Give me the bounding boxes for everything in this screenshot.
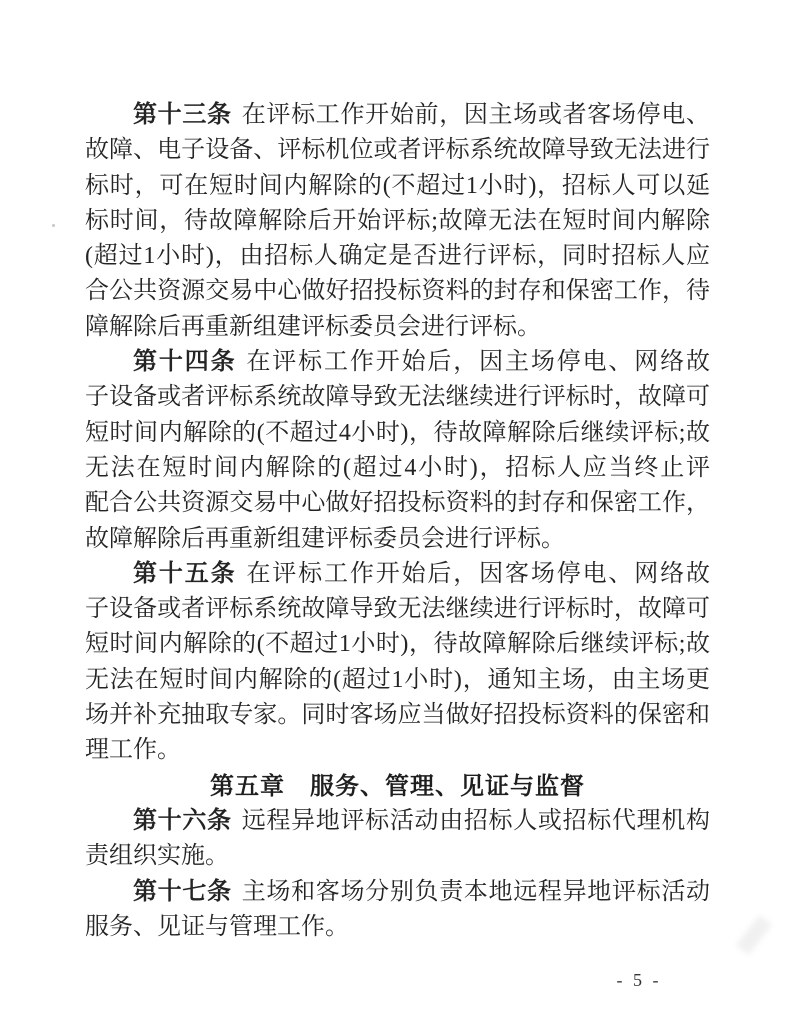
text-line: 子设备或者评标系统故障导致无法继续进行评标时，故障可在	[85, 592, 710, 627]
text-line: 第十七条主场和客场分别负责本地远程异地评标活动的	[85, 875, 710, 910]
text-line: 无法在短时间内解除的(超过1小时)，通知主场，由主场更换客	[85, 663, 710, 698]
text-line: 合公共资源交易中心做好招投标资料的封存和保密工作，待故	[85, 274, 710, 309]
text-line: 故障、电子设备、评标机位或者评标系统故障导致无法进行评	[85, 133, 710, 168]
page-number: - 5 -	[604, 970, 674, 991]
text-line: 标时，可在短时间内解除的(不超过1小时)，招标人可以延迟评	[85, 169, 710, 204]
text-line: 子设备或者评标系统故障导致无法继续进行评标时，故障可在	[85, 380, 710, 415]
article-number: 第十三条	[133, 102, 232, 128]
article-number: 第十四条	[133, 349, 236, 375]
text-line: 配合公共资源交易中心做好招投标资料的封存和保密工作，待	[85, 486, 710, 521]
text-line: 无法在短时间内解除的(超过4小时)，招标人应当终止评标，并	[85, 451, 710, 486]
text-line: 理工作。	[85, 733, 710, 768]
text-line: 第十五条在评标工作开始后，因客场停电、网络故障、电	[85, 557, 710, 592]
scan-smudge	[736, 915, 772, 955]
text-line: 短时间内解除的(不超过4小时)，待故障解除后继续评标;故障	[85, 416, 710, 451]
article-number: 第十五条	[133, 561, 236, 587]
text-line: 第十六条远程异地评标活动由招标人或招标代理机构负	[85, 804, 710, 839]
text-line: 第十四条在评标工作开始后，因主场停电、网络故障、电	[85, 345, 710, 380]
scan-speck	[52, 224, 55, 227]
text-line: 短时间内解除的(不超过1小时)，待故障解除后继续评标;故障	[85, 627, 710, 662]
document-body: 第十三条在评标工作开始前，因主场或者客场停电、网络故障、电子设备、评标机位或者评…	[85, 98, 710, 945]
chapter-heading: 第五章 服务、管理、见证与监督	[85, 769, 710, 804]
text-line: 障解除后再重新组建评标委员会进行评标。	[85, 310, 710, 345]
scanned-page: { "colors": { "background": "#ffffff", "…	[0, 0, 791, 1024]
text-line: 服务、见证与管理工作。	[85, 910, 710, 945]
text-line: (超过1小时)，由招标人确定是否进行评标，同时招标人应当配	[85, 239, 710, 274]
article-number: 第十六条	[133, 808, 232, 834]
document-page: 第十三条在评标工作开始前，因主场或者客场停电、网络故障、电子设备、评标机位或者评…	[0, 0, 791, 1024]
text-line: 第十三条在评标工作开始前，因主场或者客场停电、网络	[85, 98, 710, 133]
article-number: 第十七条	[133, 879, 232, 905]
text-line: 故障解除后再重新组建评标委员会进行评标。	[85, 522, 710, 557]
text-line: 标时间，待故障解除后开始评标;故障无法在短时间内解除的	[85, 204, 710, 239]
text-line: 场并补充抽取专家。同时客场应当做好招投标资料的保密和清	[85, 698, 710, 733]
text-line: 责组织实施。	[85, 839, 710, 874]
